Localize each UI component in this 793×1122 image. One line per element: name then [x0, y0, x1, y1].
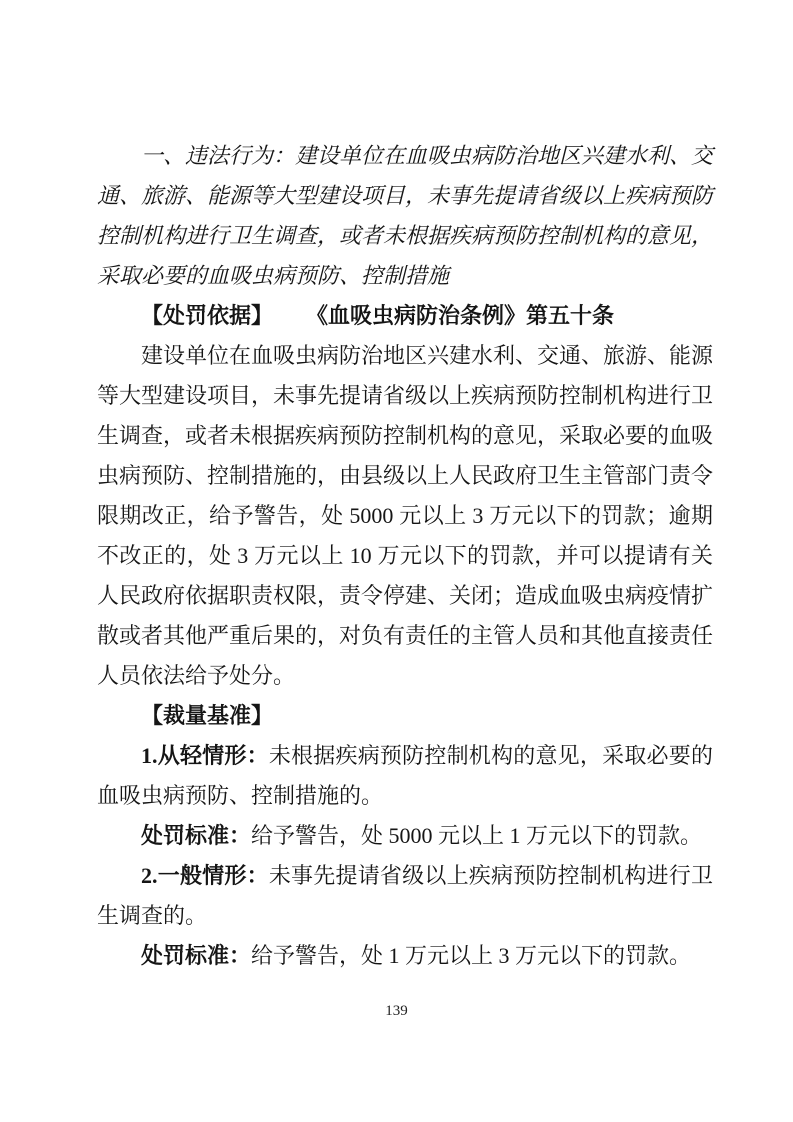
list-item: 处罚标准：给予警告，处 5000 元以上 1 万元以下的罚款。	[97, 816, 713, 856]
statute-body-paragraph: 建设单位在血吸虫病防治地区兴建水利、交通、旅游、能源等大型建设项目，未事先提请省…	[97, 336, 713, 696]
violation-paragraph: 一、违法行为：建设单位在血吸虫病防治地区兴建水利、交通、旅游、能源等大型建设项目…	[97, 136, 713, 296]
item-label: 处罚标准：	[141, 823, 251, 848]
list-item: 2.一般情形：未事先提请省级以上疾病预防控制机构进行卫生调查的。	[97, 856, 713, 936]
item-label: 处罚标准：	[141, 943, 251, 968]
page-number: 139	[0, 1002, 793, 1020]
discretion-header-line: 【裁量基准】	[97, 696, 713, 736]
document-content: 一、违法行为：建设单位在血吸虫病防治地区兴建水利、交通、旅游、能源等大型建设项目…	[97, 136, 713, 976]
discretion-header-text: 【裁量基准】	[141, 703, 273, 728]
document-page: 一、违法行为：建设单位在血吸虫病防治地区兴建水利、交通、旅游、能源等大型建设项目…	[0, 0, 793, 1122]
list-item: 处罚标准：给予警告，处 1 万元以上 3 万元以下的罚款。	[97, 936, 713, 976]
penalty-basis-line: 【处罚依据】《血吸虫病防治条例》第五十条	[97, 296, 713, 336]
item-label: 2.一般情形：	[141, 863, 269, 888]
list-item: 1.从轻情形：未根据疾病预防控制机构的意见，采取必要的血吸虫病预防、控制措施的。	[97, 736, 713, 816]
item-text: 给予警告，处 5000 元以上 1 万元以下的罚款。	[251, 823, 702, 848]
item-text: 给予警告，处 1 万元以上 3 万元以下的罚款。	[251, 943, 691, 968]
penalty-basis-label: 【处罚依据】	[141, 303, 273, 328]
penalty-basis-citation: 《血吸虫病防治条例》第五十条	[317, 303, 614, 328]
item-label: 1.从轻情形：	[141, 743, 269, 768]
